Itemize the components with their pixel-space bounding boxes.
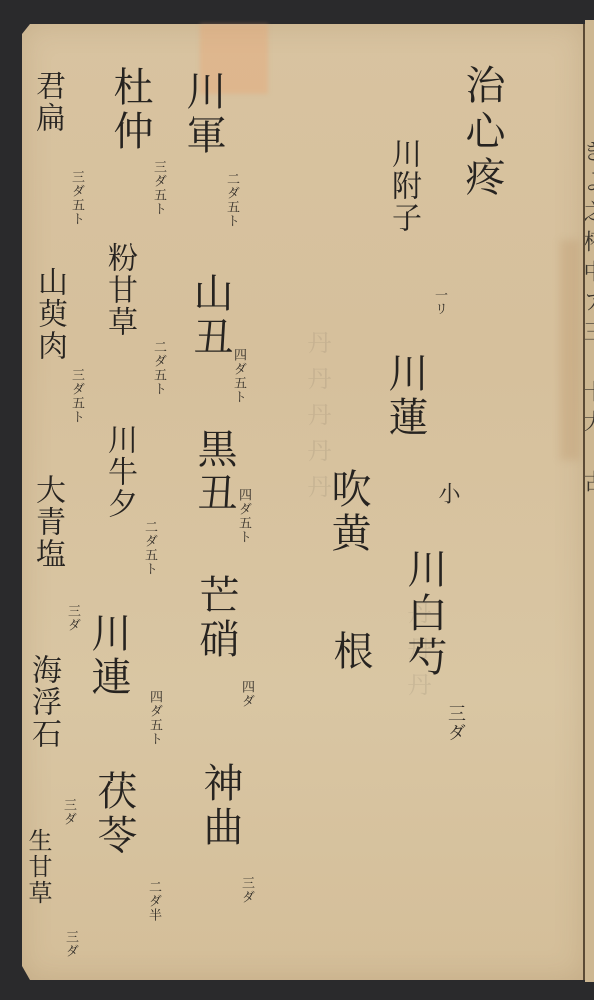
herb-dose: 四ダ五ト [148, 690, 161, 746]
herb-name: 根 [330, 630, 370, 674]
herb-dose: 三ダ五ト [152, 160, 165, 216]
herb-name: 山萸肉 [34, 266, 64, 362]
herb-dose: 三ダ [64, 930, 77, 958]
herb-name: 海浮石 [28, 654, 58, 750]
herb-name: 川連 [88, 612, 128, 700]
herb-dose: 三ダ [240, 876, 253, 904]
adjacent-page-text: ぎよ之杯中ア三 十大 古 [585, 140, 594, 500]
herb-dose: 四ダ五ト [232, 348, 245, 404]
herb-name: 粉甘草 [104, 242, 134, 338]
herb-name: 杜仲 [110, 66, 150, 154]
herb-name: 川軍 [183, 70, 223, 158]
herb-dose: 二ダ半 [147, 880, 160, 922]
herb-name: 川蓮 [385, 352, 425, 440]
herb-name: 黒丑 [194, 428, 234, 516]
water-stain [560, 240, 580, 460]
herb-name: 山丑 [190, 272, 230, 360]
herb-name: 茯苓 [94, 770, 134, 858]
scan-background: ぎよ之杯中ア三 十大 古 丹丹丹丹丹 丹丹丹 治心疼 川附子 一リ 川蓮 小 川… [0, 0, 594, 1000]
herb-dose: 二ダ五ト [152, 340, 165, 396]
herb-dose: 小 [436, 482, 458, 505]
herb-dose: 四ダ五ト [237, 488, 250, 544]
herb-dose: 一リ [433, 288, 446, 316]
prescription-title: 治心疼 [462, 64, 502, 202]
herb-dose: 三ダ五ト [70, 170, 83, 226]
herb-name: 大青塩 [32, 474, 62, 570]
herb-name: 神曲 [200, 762, 240, 850]
herb-dose: 三ダ [66, 604, 79, 632]
herb-name: 君扁 [32, 70, 62, 134]
herb-dose: 三ダ五ト [70, 368, 83, 424]
herb-dose: 四ダ [240, 680, 253, 708]
herb-name: 生甘草 [26, 828, 50, 906]
herb-dose: 三ダ [62, 798, 75, 826]
herb-name: 芒硝 [196, 574, 236, 662]
herb-dose: 三ダ [446, 704, 464, 742]
herb-dose: 二ダ五ト [143, 520, 156, 576]
adjacent-page-edge: ぎよ之杯中ア三 十大 古 [585, 20, 594, 982]
herb-dose: 二ダ五ト [225, 172, 238, 228]
herb-name: 川牛夕 [104, 424, 134, 520]
herb-name: 川附子 [388, 138, 418, 234]
herb-name: 吹黄 [328, 468, 368, 556]
herb-name: 川白芍 [404, 548, 444, 680]
